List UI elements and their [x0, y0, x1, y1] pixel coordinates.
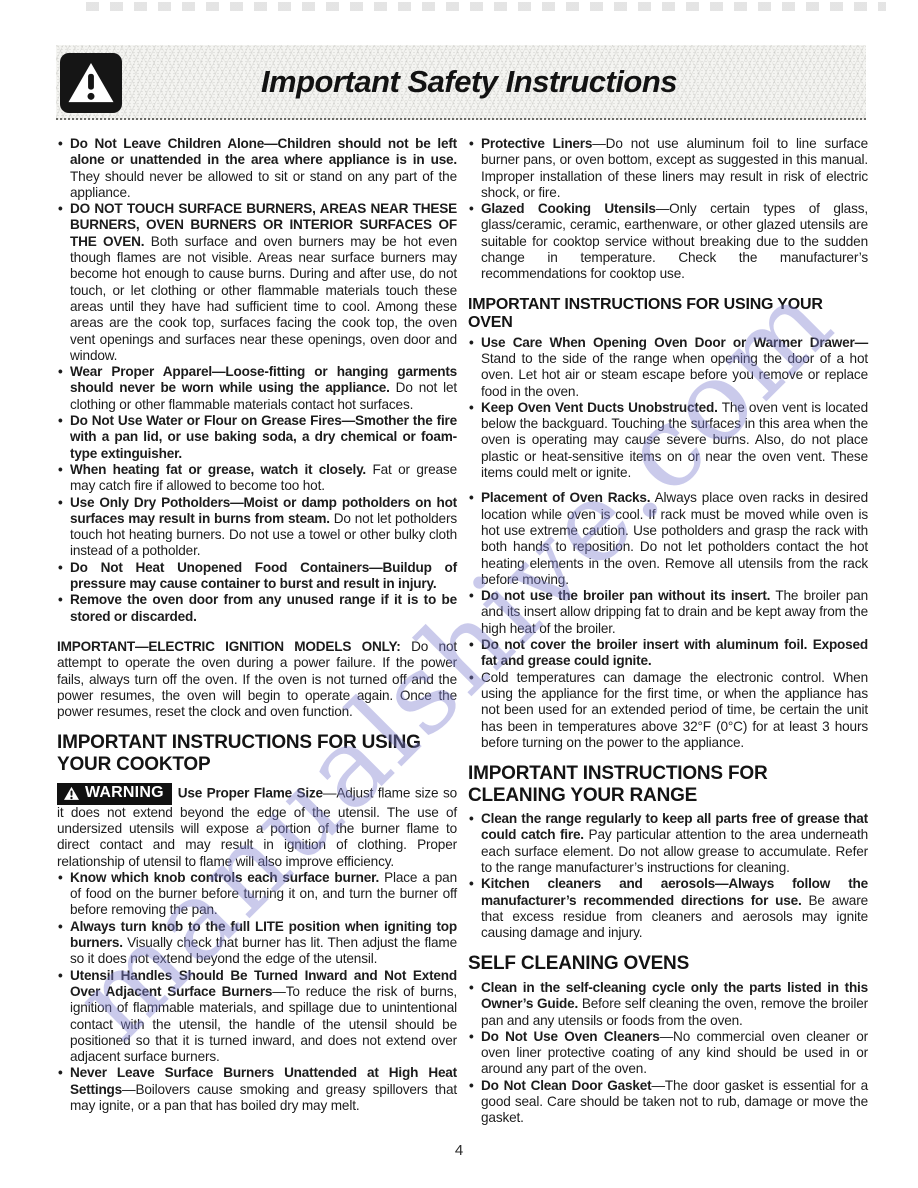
- bullet-item: Do Not Use Oven Cleaners—No commercial o…: [468, 1029, 868, 1078]
- bullet-item: Do Not Heat Unopened Food Containers—Bui…: [57, 560, 457, 593]
- bullet-item: Know which knob controls each surface bu…: [57, 870, 457, 919]
- bullet-item: DO NOT TOUCH SURFACE BURNERS, AREAS NEAR…: [57, 201, 457, 364]
- content-columns: Do Not Leave Children Alone—Children sho…: [57, 136, 868, 1127]
- warning-badge-triangle-icon: [63, 786, 80, 801]
- bullet-item: Clean the range regularly to keep all pa…: [468, 811, 868, 876]
- bullet-bold-lead: Do Not Heat Unopened Food Containers—Bui…: [70, 560, 457, 591]
- bullet-item: Use Only Dry Potholders—Moist or damp po…: [57, 495, 457, 560]
- page-title: Important Safety Instructions: [261, 64, 677, 100]
- flame-size-lead: Use Proper Flame Size: [178, 786, 323, 801]
- bullet-item: When heating fat or grease, watch it clo…: [57, 462, 457, 495]
- bullet-body-text: Stand to the side of the range when open…: [481, 351, 868, 399]
- bullet-bold-lead: Do Not Clean Door Gasket: [481, 1078, 651, 1093]
- bullet-item: Clean in the self-cleaning cycle only th…: [468, 980, 868, 1029]
- bullet-bold-lead: Use Care When Opening Oven Door or Warme…: [481, 335, 868, 350]
- scan-artifact-strip: [86, 2, 886, 11]
- safety-bullet-list-cleaning: Clean the range regularly to keep all pa…: [468, 811, 868, 941]
- bullet-bold-lead: When heating fat or grease, watch it clo…: [70, 462, 366, 477]
- header-banner: Important Safety Instructions: [56, 45, 866, 120]
- heading-self-cleaning: SELF CLEANING OVENS: [468, 953, 868, 975]
- bullet-bold-lead: Do Not Use Oven Cleaners: [481, 1029, 660, 1044]
- bullet-item: Use Care When Opening Oven Door or Warme…: [468, 335, 868, 400]
- bullet-item: Do Not Use Water or Flour on Grease Fire…: [57, 413, 457, 462]
- safety-bullet-list-oven: Use Care When Opening Oven Door or Warme…: [468, 335, 868, 751]
- warning-triangle-icon: [60, 53, 122, 113]
- electric-ignition-note-lead: IMPORTANT—ELECTRIC IGNITION MODELS ONLY:: [57, 639, 401, 654]
- bullet-bold-lead: Do not use the broiler pan without its i…: [481, 588, 770, 603]
- bullet-item: Remove the oven door from any unused ran…: [57, 592, 457, 625]
- bullet-item: Never Leave Surface Burners Unattended a…: [57, 1065, 457, 1114]
- bullet-bold-lead: Remove the oven door from any unused ran…: [70, 592, 457, 623]
- bullet-item: Utensil Handles Should Be Turned Inward …: [57, 968, 457, 1066]
- bullet-item: Do not use the broiler pan without its i…: [468, 588, 868, 637]
- bullet-body-text: —Boilovers cause smoking and greasy spil…: [70, 1082, 457, 1113]
- heading-cleaning: IMPORTANT INSTRUCTIONS FOR CLEANING YOUR…: [468, 763, 868, 806]
- bullet-item: Protective Liners—Do not use aluminum fo…: [468, 136, 868, 201]
- bullet-bold-lead: Know which knob controls each surface bu…: [70, 870, 379, 885]
- heading-oven: IMPORTANT INSTRUCTIONS FOR USING YOUR OV…: [468, 296, 868, 332]
- flame-size-warning-paragraph: WARNINGUse Proper Flame Size—Adjust flam…: [57, 783, 457, 869]
- electric-ignition-note: IMPORTANT—ELECTRIC IGNITION MODELS ONLY:…: [57, 639, 457, 720]
- bullet-item: Do Not Clean Door Gasket—The door gasket…: [468, 1078, 868, 1127]
- bullet-item: Keep Oven Vent Ducts Unobstructed. The o…: [468, 400, 868, 481]
- warning-triangle-glyph: [66, 60, 116, 106]
- safety-bullet-list-general: Do Not Leave Children Alone—Children sho…: [57, 136, 457, 625]
- bullet-body-text: Both surface and oven burners may be hot…: [70, 234, 457, 363]
- bullet-item: Do Not Leave Children Alone—Children sho…: [57, 136, 457, 201]
- bullet-item: Wear Proper Apparel—Loose-fitting or han…: [57, 364, 457, 413]
- heading-cooktop: IMPORTANT INSTRUCTIONS FOR USING YOUR CO…: [57, 732, 457, 775]
- left-column: Do Not Leave Children Alone—Children sho…: [57, 136, 457, 1127]
- bullet-bold-lead: Glazed Cooking Utensils: [481, 201, 656, 216]
- bullet-bold-lead: Placement of Oven Racks.: [481, 490, 650, 505]
- bullet-bold-lead: Do Not Leave Children Alone—Children sho…: [70, 136, 457, 167]
- page-number: 4: [0, 1142, 918, 1159]
- bullet-item: Glazed Cooking Utensils—Only certain typ…: [468, 201, 868, 282]
- safety-bullet-list-cooktop: Know which knob controls each surface bu…: [57, 870, 457, 1114]
- bullet-item: Do not cover the broiler insert with alu…: [468, 637, 868, 670]
- bullet-item: Always turn knob to the full LITE positi…: [57, 919, 457, 968]
- right-column: Protective Liners—Do not use aluminum fo…: [468, 136, 868, 1127]
- bullet-body-text: They should never be allowed to sit or s…: [70, 169, 457, 200]
- bullet-bold-lead: Keep Oven Vent Ducts Unobstructed.: [481, 400, 718, 415]
- safety-bullet-list-self-cleaning: Clean in the self-cleaning cycle only th…: [468, 980, 868, 1127]
- bullet-bold-lead: Protective Liners: [481, 136, 592, 151]
- bullet-bold-lead: Do Not Use Water or Flour on Grease Fire…: [70, 413, 457, 461]
- bullet-item: Kitchen cleaners and aerosols—Always fol…: [468, 876, 868, 941]
- warning-badge-label: WARNING: [85, 785, 164, 801]
- bullet-item: Cold temperatures can damage the electro…: [468, 670, 868, 751]
- bullet-item: Placement of Oven Racks. Always place ov…: [468, 490, 868, 588]
- bullet-body-text: Visually check that burner has lit. Then…: [70, 935, 457, 966]
- bullet-body-text: Cold temperatures can damage the electro…: [481, 670, 868, 750]
- bullet-bold-lead: Do not cover the broiler insert with alu…: [481, 637, 868, 668]
- safety-bullet-list-utensils: Protective Liners—Do not use aluminum fo…: [468, 136, 868, 283]
- warning-badge: WARNING: [57, 783, 172, 804]
